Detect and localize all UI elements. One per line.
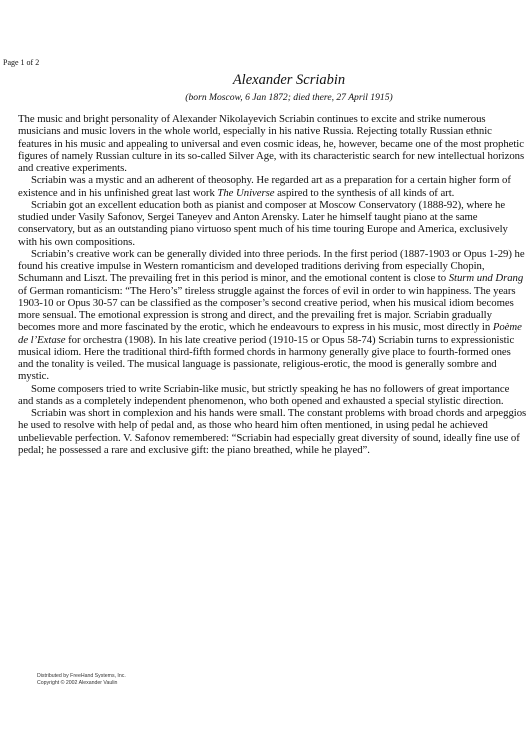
page-number-label: Page 1 of 2	[3, 58, 39, 68]
distributor-note: Distributed by FreeHand Systems, Inc.	[37, 673, 126, 680]
work-title-the-universe: The Universe	[217, 187, 274, 199]
paragraph-text: of German romanticism: “The Hero’s” tire…	[18, 285, 516, 334]
paragraph-text: for orchestra (1908). In his late creati…	[18, 334, 514, 383]
paragraph-text: aspired to the synthesis of all kinds of…	[274, 187, 454, 199]
page-footer: Distributed by FreeHand Systems, Inc. Co…	[37, 673, 126, 687]
term-sturm-und-drang: Sturm und Drang	[449, 272, 524, 284]
copyright-note: Copyright © 2002 Alexander Vaulin	[37, 680, 126, 687]
paragraph-legacy: Some composers tried to write Scriabin-l…	[18, 383, 527, 408]
paragraph-pianism: Scriabin was short in complexion and his…	[18, 407, 527, 456]
article-title: Alexander Scriabin	[0, 72, 530, 88]
paragraph-introduction: The music and bright personality of Alex…	[18, 113, 527, 174]
article-subtitle: (born Moscow, 6 Jan 1872; died there, 27…	[0, 92, 530, 103]
paragraph-mysticism: Scriabin was a mystic and an adherent of…	[18, 174, 527, 199]
article-body: The music and bright personality of Alex…	[18, 113, 527, 456]
paragraph-creative-periods: Scriabin’s creative work can be generall…	[18, 248, 527, 383]
paragraph-education: Scriabin got an excellent education both…	[18, 199, 527, 248]
